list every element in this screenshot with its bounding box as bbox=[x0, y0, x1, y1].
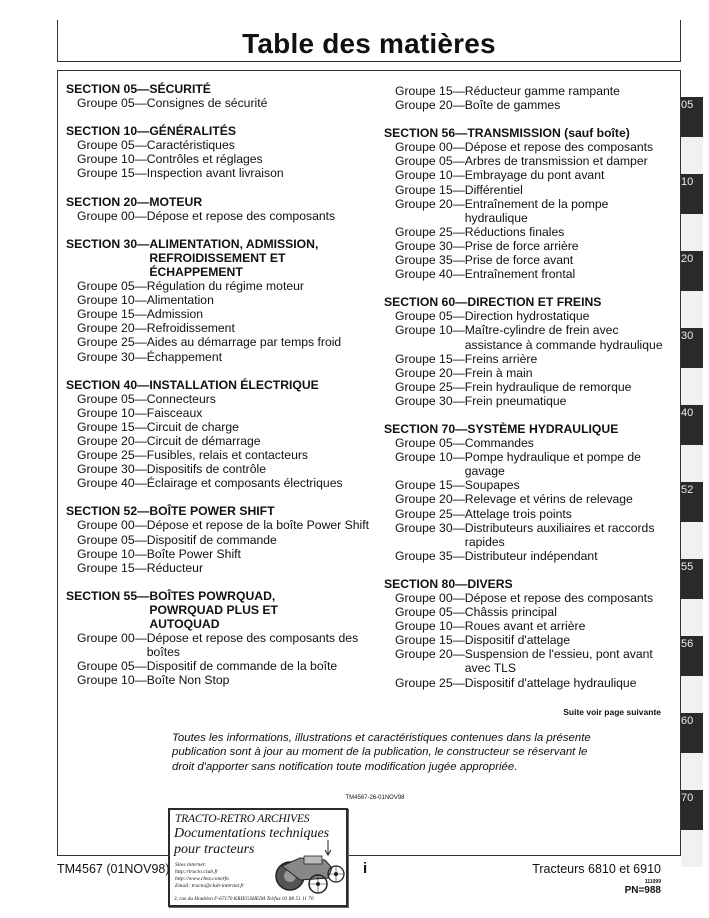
toc-section: SECTION 40—INSTALLATION ÉLECTRIQUEGroupe… bbox=[66, 378, 371, 491]
group-number: Groupe 30— bbox=[77, 350, 147, 364]
section-tab[interactable]: 52 bbox=[681, 482, 703, 522]
group-entry[interactable]: Groupe 15—Circuit de charge bbox=[66, 420, 371, 434]
group-title: Dépose et repose des composants bbox=[147, 209, 335, 223]
group-title: Connecteurs bbox=[147, 392, 216, 406]
group-title: Aides au démarrage par temps froid bbox=[147, 335, 341, 349]
group-title: Différentiel bbox=[465, 183, 523, 197]
group-title: Réductions finales bbox=[465, 225, 565, 239]
group-title: Distributeur indépendant bbox=[465, 549, 598, 563]
page-number: i bbox=[363, 860, 367, 877]
group-number: Groupe 15— bbox=[395, 352, 465, 366]
group-entry[interactable]: Groupe 10—Embrayage du pont avant bbox=[384, 168, 674, 182]
group-number: Groupe 05— bbox=[77, 279, 147, 293]
toc-section: SECTION 20—MOTEURGroupe 00—Dépose et rep… bbox=[66, 195, 371, 223]
section-number: SECTION 20— bbox=[66, 195, 149, 209]
section-tab[interactable]: 60 bbox=[681, 713, 703, 753]
group-title: Dépose et repose de la boîte Power Shift bbox=[147, 518, 369, 532]
group-entry[interactable]: Groupe 20—Refroidissement bbox=[66, 321, 371, 335]
continued-note: Suite voir page suivante bbox=[420, 707, 661, 717]
group-number: Groupe 10— bbox=[77, 152, 147, 166]
group-number: Groupe 15— bbox=[395, 183, 465, 197]
part-number: PN=988 bbox=[625, 885, 661, 896]
group-number: Groupe 15— bbox=[77, 307, 147, 321]
group-entry[interactable]: Groupe 15—Inspection avant livraison bbox=[66, 166, 371, 180]
group-title: Échappement bbox=[147, 350, 222, 364]
group-number: Groupe 25— bbox=[395, 507, 465, 521]
group-title: Attelage trois points bbox=[465, 507, 572, 521]
group-entry[interactable]: Groupe 05—Dispositif de commande de la b… bbox=[66, 659, 371, 673]
group-entry[interactable]: Groupe 10—Pompe hydraulique et pompe de … bbox=[384, 450, 674, 478]
section-tab[interactable]: 30 bbox=[681, 328, 703, 368]
group-title: Refroidissement bbox=[147, 321, 235, 335]
group-number: Groupe 20— bbox=[395, 98, 465, 112]
group-title: Prise de force arrière bbox=[465, 239, 579, 253]
group-entry[interactable]: Groupe 35—Prise de force avant bbox=[384, 253, 674, 267]
section-number: SECTION 56— bbox=[384, 126, 467, 140]
group-entry[interactable]: Groupe 05—Châssis principal bbox=[384, 605, 674, 619]
group-entry[interactable]: Groupe 40—Entraînement frontal bbox=[384, 267, 674, 281]
manual-title: Tracteurs 6810 et 6910 bbox=[532, 862, 661, 876]
toc-section: SECTION 52—BOÎTE POWER SHIFTGroupe 00—Dé… bbox=[66, 504, 371, 574]
section-heading[interactable]: SECTION 70—SYSTÈME HYDRAULIQUE bbox=[384, 422, 674, 436]
group-title: Relevage et vérins de relevage bbox=[465, 492, 633, 506]
group-title: Entraînement de la pompe hydraulique bbox=[465, 197, 674, 225]
group-title: Prise de force avant bbox=[465, 253, 573, 267]
group-title: Boîte de gammes bbox=[465, 98, 561, 112]
group-entry[interactable]: Groupe 15—Admission bbox=[66, 307, 371, 321]
group-title: Châssis principal bbox=[465, 605, 557, 619]
stamp-subtitle-2: pour tracteurs bbox=[174, 842, 255, 858]
group-number: Groupe 10— bbox=[395, 450, 465, 478]
group-entry[interactable]: Groupe 05—Dispositif de commande bbox=[66, 533, 371, 547]
group-entry[interactable]: Groupe 30—Prise de force arrière bbox=[384, 239, 674, 253]
group-title: Maître-cylindre de frein avec assistance… bbox=[465, 323, 674, 351]
group-entry[interactable]: Groupe 20—Entraînement de la pompe hydra… bbox=[384, 197, 674, 225]
toc-section: Groupe 15—Réducteur gamme rampanteGroupe… bbox=[384, 84, 674, 112]
section-tab[interactable]: 40 bbox=[681, 405, 703, 445]
group-title: Frein hydraulique de remorque bbox=[465, 380, 632, 394]
group-title: Boîte Power Shift bbox=[147, 547, 241, 561]
group-number: Groupe 10— bbox=[77, 547, 147, 561]
group-title: Freins arrière bbox=[465, 352, 537, 366]
group-entry[interactable]: Groupe 20—Relevage et vérins de relevage bbox=[384, 492, 674, 506]
section-tab[interactable]: 56 bbox=[681, 636, 703, 676]
group-title: Circuit de démarrage bbox=[147, 434, 261, 448]
group-title: Direction hydrostatique bbox=[465, 309, 590, 323]
group-number: Groupe 25— bbox=[395, 676, 465, 690]
group-title: Réducteur gamme rampante bbox=[465, 84, 620, 98]
group-number: Groupe 05— bbox=[77, 138, 147, 152]
group-entry[interactable]: Groupe 25—Attelage trois points bbox=[384, 507, 674, 521]
group-entry[interactable]: Groupe 25—Fusibles, relais et contacteur… bbox=[66, 448, 371, 462]
section-number: SECTION 30— bbox=[66, 237, 149, 279]
group-number: Groupe 35— bbox=[395, 549, 465, 563]
section-name: DIVERS bbox=[467, 577, 512, 591]
section-tab[interactable]: 20 bbox=[681, 251, 703, 291]
group-number: Groupe 10— bbox=[77, 293, 147, 307]
group-entry[interactable]: Groupe 25—Dispositif d'attelage hydrauli… bbox=[384, 676, 674, 690]
group-entry[interactable]: Groupe 15—Différentiel bbox=[384, 183, 674, 197]
group-number: Groupe 10— bbox=[77, 673, 147, 687]
group-number: Groupe 00— bbox=[395, 591, 465, 605]
group-number: Groupe 40— bbox=[395, 267, 465, 281]
group-number: Groupe 00— bbox=[77, 209, 147, 223]
group-entry[interactable]: Groupe 10—Faisceaux bbox=[66, 406, 371, 420]
group-number: Groupe 05— bbox=[395, 309, 465, 323]
group-number: Groupe 00— bbox=[77, 631, 147, 659]
group-number: Groupe 20— bbox=[395, 197, 465, 225]
group-number: Groupe 05— bbox=[395, 605, 465, 619]
section-name: BOÎTES POWRQUAD, POWRQUAD PLUS ET AUTOQU… bbox=[149, 589, 278, 631]
tractor-icon bbox=[270, 838, 345, 896]
section-name: TRANSMISSION (sauf boîte) bbox=[467, 126, 630, 140]
toc-section: SECTION 60—DIRECTION ET FREINSGroupe 05—… bbox=[384, 295, 674, 408]
group-title: Caractéristiques bbox=[147, 138, 235, 152]
group-entry[interactable]: Groupe 25—Aides au démarrage par temps f… bbox=[66, 335, 371, 349]
group-number: Groupe 15— bbox=[395, 84, 465, 98]
section-name: GÉNÉRALITÉS bbox=[149, 124, 236, 138]
section-tabs: 05102030405255566070 bbox=[681, 97, 703, 867]
archive-stamp: TRACTO-RETRO ARCHIVES Documentations tec… bbox=[168, 808, 348, 907]
group-number: Groupe 15— bbox=[77, 166, 147, 180]
group-title: Suspension de l'essieu, pont avant avec … bbox=[465, 647, 674, 675]
group-title: Dispositifs de contrôle bbox=[147, 462, 266, 476]
group-entry[interactable]: Groupe 05—Arbres de transmission et damp… bbox=[384, 154, 674, 168]
group-number: Groupe 35— bbox=[395, 253, 465, 267]
group-number: Groupe 05— bbox=[395, 436, 465, 450]
section-heading[interactable]: SECTION 56—TRANSMISSION (sauf boîte) bbox=[384, 126, 674, 140]
group-title: Frein pneumatique bbox=[465, 394, 567, 408]
group-number: Groupe 10— bbox=[77, 406, 147, 420]
group-title: Admission bbox=[147, 307, 203, 321]
section-number: SECTION 80— bbox=[384, 577, 467, 591]
group-entry[interactable]: Groupe 15—Freins arrière bbox=[384, 352, 674, 366]
group-number: Groupe 20— bbox=[77, 321, 147, 335]
section-name: ALIMENTATION, ADMISSION, REFROIDISSEMENT… bbox=[149, 237, 318, 279]
group-entry[interactable]: Groupe 25—Frein hydraulique de remorque bbox=[384, 380, 674, 394]
group-number: Groupe 20— bbox=[395, 647, 465, 675]
group-entry[interactable]: Groupe 30—Dispositifs de contrôle bbox=[66, 462, 371, 476]
stamp-sites: Sites internet: http://tracto.club.fr ht… bbox=[175, 862, 244, 890]
group-entry[interactable]: Groupe 15—Dispositif d'attelage bbox=[384, 633, 674, 647]
group-entry[interactable]: Groupe 15—Soupapes bbox=[384, 478, 674, 492]
toc-right-column: Groupe 15—Réducteur gamme rampanteGroupe… bbox=[384, 84, 674, 704]
group-title: Réducteur bbox=[147, 561, 203, 575]
group-title: Dépose et repose des composants des boît… bbox=[147, 631, 371, 659]
group-entry[interactable]: Groupe 20—Boîte de gammes bbox=[384, 98, 674, 112]
group-number: Groupe 00— bbox=[77, 518, 147, 532]
section-name: SYSTÈME HYDRAULIQUE bbox=[467, 422, 618, 436]
group-entry[interactable]: Groupe 05—Direction hydrostatique bbox=[384, 309, 674, 323]
section-tab[interactable]: 70 bbox=[681, 790, 703, 830]
group-title: Dispositif de commande de la boîte bbox=[147, 659, 337, 673]
section-number: SECTION 55— bbox=[66, 589, 149, 631]
group-number: Groupe 40— bbox=[77, 476, 147, 490]
group-number: Groupe 05— bbox=[77, 392, 147, 406]
group-title: Régulation du régime moteur bbox=[147, 279, 304, 293]
section-heading[interactable]: SECTION 20—MOTEUR bbox=[66, 195, 371, 209]
group-number: Groupe 10— bbox=[395, 619, 465, 633]
toc-section: SECTION 05—SÉCURITÉGroupe 05—Consignes d… bbox=[66, 82, 371, 110]
stamp-address: 3, rue du Houblon F-67170 KRIEGSHEIM Tel… bbox=[174, 896, 313, 903]
group-title: Dépose et repose des composants bbox=[465, 591, 653, 605]
section-name: INSTALLATION ÉLECTRIQUE bbox=[149, 378, 319, 392]
manual-code: TM4567 (01NOV98) bbox=[57, 862, 170, 876]
group-title: Embrayage du pont avant bbox=[465, 168, 605, 182]
group-entry[interactable]: Groupe 15—Réducteur gamme rampante bbox=[384, 84, 674, 98]
group-entry[interactable]: Groupe 30—Échappement bbox=[66, 350, 371, 364]
group-title: Dépose et repose des composants bbox=[465, 140, 653, 154]
group-number: Groupe 05— bbox=[395, 154, 465, 168]
section-name: BOÎTE POWER SHIFT bbox=[149, 504, 274, 518]
group-entry[interactable]: Groupe 05—Caractéristiques bbox=[66, 138, 371, 152]
group-entry[interactable]: Groupe 00—Dépose et repose des composant… bbox=[384, 140, 674, 154]
group-title: Consignes de sécurité bbox=[147, 96, 268, 110]
group-entry[interactable]: Groupe 10—Roues avant et arrière bbox=[384, 619, 674, 633]
toc-section: SECTION 70—SYSTÈME HYDRAULIQUEGroupe 05—… bbox=[384, 422, 674, 563]
group-number: Groupe 20— bbox=[77, 434, 147, 448]
section-heading[interactable]: SECTION 52—BOÎTE POWER SHIFT bbox=[66, 504, 371, 518]
group-entry[interactable]: Groupe 20—Circuit de démarrage bbox=[66, 434, 371, 448]
group-title: Dispositif de commande bbox=[147, 533, 277, 547]
group-entry[interactable]: Groupe 10—Contrôles et réglages bbox=[66, 152, 371, 166]
toc-section: SECTION 55—BOÎTES POWRQUAD, POWRQUAD PLU… bbox=[66, 589, 371, 688]
group-title: Faisceaux bbox=[147, 406, 203, 420]
group-number: Groupe 00— bbox=[395, 140, 465, 154]
group-title: Frein à main bbox=[465, 366, 533, 380]
group-number: Groupe 20— bbox=[395, 492, 465, 506]
group-title: Arbres de transmission et damper bbox=[465, 154, 648, 168]
group-entry[interactable]: Groupe 05—Connecteurs bbox=[66, 392, 371, 406]
group-title: Fusibles, relais et contacteurs bbox=[147, 448, 308, 462]
section-tab[interactable]: 55 bbox=[681, 559, 703, 599]
group-number: Groupe 30— bbox=[77, 462, 147, 476]
group-entry[interactable]: Groupe 00—Dépose et repose de la boîte P… bbox=[66, 518, 371, 532]
group-number: Groupe 15— bbox=[395, 633, 465, 647]
group-title: Entraînement frontal bbox=[465, 267, 575, 281]
stamp-title: TRACTO-RETRO ARCHIVES bbox=[175, 813, 309, 825]
section-number: SECTION 10— bbox=[66, 124, 149, 138]
group-title: Dispositif d'attelage hydraulique bbox=[465, 676, 637, 690]
toc-section: SECTION 80—DIVERSGroupe 00—Dépose et rep… bbox=[384, 577, 674, 690]
group-title: Pompe hydraulique et pompe de gavage bbox=[465, 450, 674, 478]
group-entry[interactable]: Groupe 05—Consignes de sécurité bbox=[66, 96, 371, 110]
toc-section: SECTION 30—ALIMENTATION, ADMISSION, REFR… bbox=[66, 237, 371, 364]
group-title: Alimentation bbox=[147, 293, 214, 307]
group-entry[interactable]: Groupe 00—Dépose et repose des composant… bbox=[66, 631, 371, 659]
section-number: SECTION 70— bbox=[384, 422, 467, 436]
document-reference: TM4567-26-01NOV98 bbox=[300, 795, 450, 801]
section-number: SECTION 05— bbox=[66, 82, 149, 96]
group-entry[interactable]: Groupe 40—Éclairage et composants électr… bbox=[66, 476, 371, 490]
group-entry[interactable]: Groupe 10—Boîte Non Stop bbox=[66, 673, 371, 687]
section-tab[interactable]: 05 bbox=[681, 97, 703, 137]
group-number: Groupe 20— bbox=[395, 366, 465, 380]
group-number: Groupe 25— bbox=[395, 225, 465, 239]
section-number: SECTION 60— bbox=[384, 295, 467, 309]
group-number: Groupe 15— bbox=[77, 420, 147, 434]
group-entry[interactable]: Groupe 20—Suspension de l'essieu, pont a… bbox=[384, 647, 674, 675]
section-name: MOTEUR bbox=[149, 195, 202, 209]
group-title: Éclairage et composants électriques bbox=[147, 476, 343, 490]
group-entry[interactable]: Groupe 30—Distributeurs auxiliaires et r… bbox=[384, 521, 674, 549]
group-number: Groupe 10— bbox=[395, 168, 465, 182]
section-name: DIRECTION ET FREINS bbox=[467, 295, 601, 309]
group-entry[interactable]: Groupe 35—Distributeur indépendant bbox=[384, 549, 674, 563]
page-title: Table des matières bbox=[57, 26, 681, 62]
group-number: Groupe 25— bbox=[395, 380, 465, 394]
group-title: Circuit de charge bbox=[147, 420, 239, 434]
group-entry[interactable]: Groupe 10—Maître-cylindre de frein avec … bbox=[384, 323, 674, 351]
section-heading[interactable]: SECTION 40—INSTALLATION ÉLECTRIQUE bbox=[66, 378, 371, 392]
group-title: Distributeurs auxiliaires et raccords ra… bbox=[465, 521, 674, 549]
group-title: Boîte Non Stop bbox=[147, 673, 230, 687]
group-entry[interactable]: Groupe 10—Boîte Power Shift bbox=[66, 547, 371, 561]
group-number: Groupe 05— bbox=[77, 533, 147, 547]
group-title: Roues avant et arrière bbox=[465, 619, 586, 633]
section-heading[interactable]: SECTION 05—SÉCURITÉ bbox=[66, 82, 371, 96]
group-number: Groupe 05— bbox=[77, 659, 147, 673]
group-number: Groupe 10— bbox=[395, 323, 465, 351]
group-entry[interactable]: Groupe 00—Dépose et repose des composant… bbox=[66, 209, 371, 223]
section-heading[interactable]: SECTION 30—ALIMENTATION, ADMISSION, REFR… bbox=[66, 237, 371, 279]
group-number: Groupe 25— bbox=[77, 448, 147, 462]
group-entry[interactable]: Groupe 20—Frein à main bbox=[384, 366, 674, 380]
group-number: Groupe 05— bbox=[77, 96, 147, 110]
section-name: SÉCURITÉ bbox=[149, 82, 211, 96]
section-heading[interactable]: SECTION 80—DIVERS bbox=[384, 577, 674, 591]
group-number: Groupe 15— bbox=[395, 478, 465, 492]
group-entry[interactable]: Groupe 10—Alimentation bbox=[66, 293, 371, 307]
group-number: Groupe 30— bbox=[395, 521, 465, 549]
group-number: Groupe 15— bbox=[77, 561, 147, 575]
toc-left-column: SECTION 05—SÉCURITÉGroupe 05—Consignes d… bbox=[66, 82, 371, 701]
group-entry[interactable]: Groupe 15—Réducteur bbox=[66, 561, 371, 575]
group-title: Contrôles et réglages bbox=[147, 152, 263, 166]
section-heading[interactable]: SECTION 10—GÉNÉRALITÉS bbox=[66, 124, 371, 138]
group-entry[interactable]: Groupe 05—Commandes bbox=[384, 436, 674, 450]
group-number: Groupe 30— bbox=[395, 394, 465, 408]
group-title: Inspection avant livraison bbox=[147, 166, 284, 180]
section-heading[interactable]: SECTION 60—DIRECTION ET FREINS bbox=[384, 295, 674, 309]
group-title: Commandes bbox=[465, 436, 534, 450]
group-entry[interactable]: Groupe 00—Dépose et repose des composant… bbox=[384, 591, 674, 605]
section-number: SECTION 52— bbox=[66, 504, 149, 518]
section-heading[interactable]: SECTION 55—BOÎTES POWRQUAD, POWRQUAD PLU… bbox=[66, 589, 371, 631]
group-number: Groupe 30— bbox=[395, 239, 465, 253]
section-tab[interactable]: 10 bbox=[681, 174, 703, 214]
toc-section: SECTION 10—GÉNÉRALITÉSGroupe 05—Caractér… bbox=[66, 124, 371, 180]
group-title: Dispositif d'attelage bbox=[465, 633, 570, 647]
disclaimer-notice: Toutes les informations, illustrations e… bbox=[172, 731, 592, 774]
group-title: Soupapes bbox=[465, 478, 520, 492]
group-entry[interactable]: Groupe 30—Frein pneumatique bbox=[384, 394, 674, 408]
group-number: Groupe 25— bbox=[77, 335, 147, 349]
section-number: SECTION 40— bbox=[66, 378, 149, 392]
group-entry[interactable]: Groupe 05—Régulation du régime moteur bbox=[66, 279, 371, 293]
group-entry[interactable]: Groupe 25—Réductions finales bbox=[384, 225, 674, 239]
toc-section: SECTION 56—TRANSMISSION (sauf boîte)Grou… bbox=[384, 126, 674, 281]
